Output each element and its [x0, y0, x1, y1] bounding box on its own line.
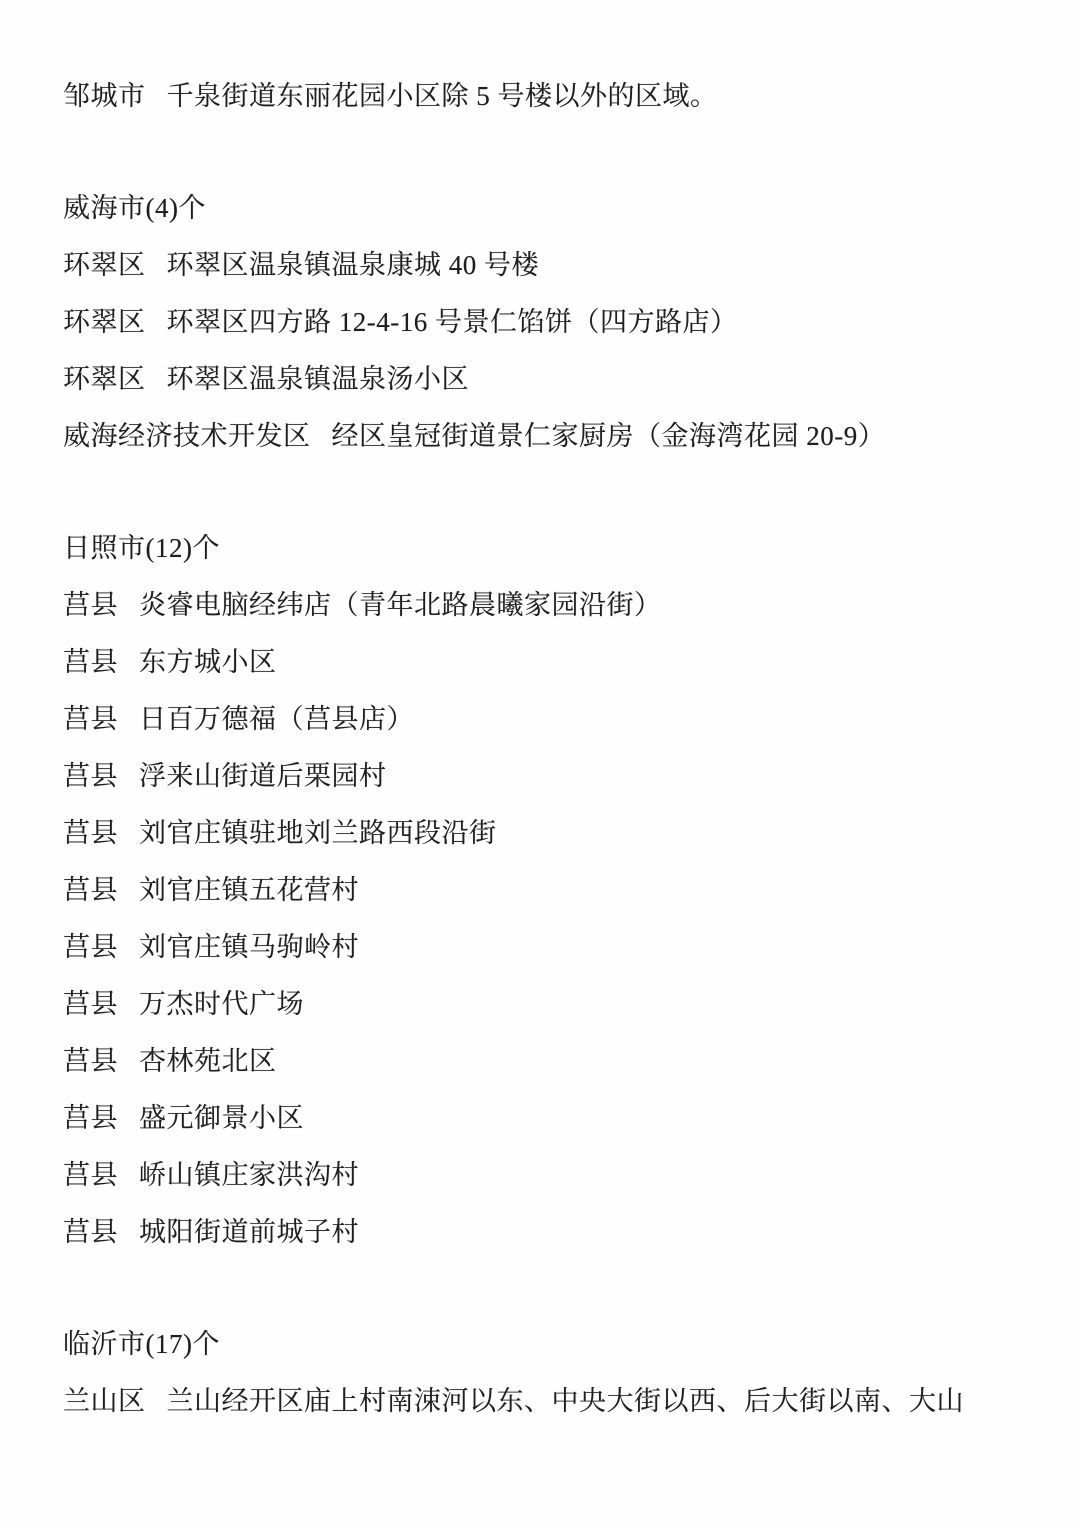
- address-text: 环翠区四方路 12-4-16 号景仁馅饼（四方路店）: [167, 307, 738, 337]
- address-text: 日百万德福（莒县店）: [139, 704, 414, 734]
- list-item: 环翠区环翠区四方路 12-4-16 号景仁馅饼（四方路店）: [63, 294, 1020, 351]
- address-text: 浮来山街道后栗园村: [139, 761, 387, 791]
- district-label: 莒县: [63, 590, 118, 620]
- district-label: 莒县: [63, 1217, 118, 1247]
- list-item: 莒县杏林苑北区: [63, 1033, 1020, 1090]
- district-label: 邹城市: [63, 81, 146, 111]
- list-item: 莒县刘官庄镇驻地刘兰路西段沿街: [63, 805, 1020, 862]
- address-text: 兰山经开区庙上村南涑河以东、中央大街以西、后大街以南、大山: [167, 1386, 965, 1416]
- district-label: 莒县: [63, 1046, 118, 1076]
- district-label: 莒县: [63, 1160, 118, 1190]
- district-label: 莒县: [63, 704, 118, 734]
- list-item: 莒县东方城小区: [63, 634, 1020, 691]
- district-label: 莒县: [63, 818, 118, 848]
- section-heading: 威海市(4)个: [63, 180, 1020, 237]
- address-text: 千泉街道东丽花园小区除 5 号楼以外的区域。: [167, 81, 718, 111]
- list-item: 莒县浮来山街道后栗园村: [63, 748, 1020, 805]
- district-label: 莒县: [63, 989, 118, 1019]
- address-text: 城阳街道前城子村: [139, 1217, 359, 1247]
- address-text: 炎睿电脑经纬店（青年北路晨曦家园沿街）: [139, 590, 662, 620]
- list-item: 威海经济技术开发区经区皇冠街道景仁家厨房（金海湾花园 20-9）: [63, 408, 1020, 465]
- address-text: 峤山镇庄家洪沟村: [139, 1160, 359, 1190]
- section-heading: 日照市(12)个: [63, 520, 1020, 577]
- district-label: 环翠区: [63, 250, 146, 280]
- address-text: 刘官庄镇马驹岭村: [139, 932, 359, 962]
- district-label: 环翠区: [63, 364, 146, 394]
- document-page: 邹城市千泉街道东丽花园小区除 5 号楼以外的区域。 威海市(4)个 环翠区环翠区…: [0, 0, 1080, 1528]
- list-item: 邹城市千泉街道东丽花园小区除 5 号楼以外的区域。: [63, 68, 1020, 125]
- district-label: 莒县: [63, 647, 118, 677]
- district-label: 威海经济技术开发区: [63, 421, 311, 451]
- list-item: 莒县日百万德福（莒县店）: [63, 691, 1020, 748]
- list-item: 莒县万杰时代广场: [63, 976, 1020, 1033]
- list-item: 环翠区环翠区温泉镇温泉汤小区: [63, 351, 1020, 408]
- district-label: 环翠区: [63, 307, 146, 337]
- address-text: 刘官庄镇五花营村: [139, 875, 359, 905]
- district-label: 莒县: [63, 875, 118, 905]
- list-item: 环翠区环翠区温泉镇温泉康城 40 号楼: [63, 237, 1020, 294]
- list-item: 莒县刘官庄镇马驹岭村: [63, 919, 1020, 976]
- address-text: 盛元御景小区: [139, 1103, 304, 1133]
- address-text: 刘官庄镇驻地刘兰路西段沿街: [139, 818, 497, 848]
- list-item: 莒县城阳街道前城子村: [63, 1204, 1020, 1261]
- list-item: 兰山区兰山经开区庙上村南涑河以东、中央大街以西、后大街以南、大山: [63, 1373, 1020, 1430]
- section-heading: 临沂市(17)个: [63, 1316, 1020, 1373]
- address-text: 万杰时代广场: [139, 989, 304, 1019]
- list-item: 莒县炎睿电脑经纬店（青年北路晨曦家园沿街）: [63, 577, 1020, 634]
- address-text: 环翠区温泉镇温泉汤小区: [167, 364, 470, 394]
- district-label: 兰山区: [63, 1386, 146, 1416]
- district-label: 莒县: [63, 761, 118, 791]
- district-label: 莒县: [63, 932, 118, 962]
- address-text: 东方城小区: [139, 647, 277, 677]
- list-item: 莒县刘官庄镇五花营村: [63, 862, 1020, 919]
- list-item: 莒县盛元御景小区: [63, 1090, 1020, 1147]
- address-text: 经区皇冠街道景仁家厨房（金海湾花园 20-9）: [332, 421, 886, 451]
- district-label: 莒县: [63, 1103, 118, 1133]
- address-text: 杏林苑北区: [139, 1046, 277, 1076]
- address-text: 环翠区温泉镇温泉康城 40 号楼: [167, 250, 540, 280]
- list-item: 莒县峤山镇庄家洪沟村: [63, 1147, 1020, 1204]
